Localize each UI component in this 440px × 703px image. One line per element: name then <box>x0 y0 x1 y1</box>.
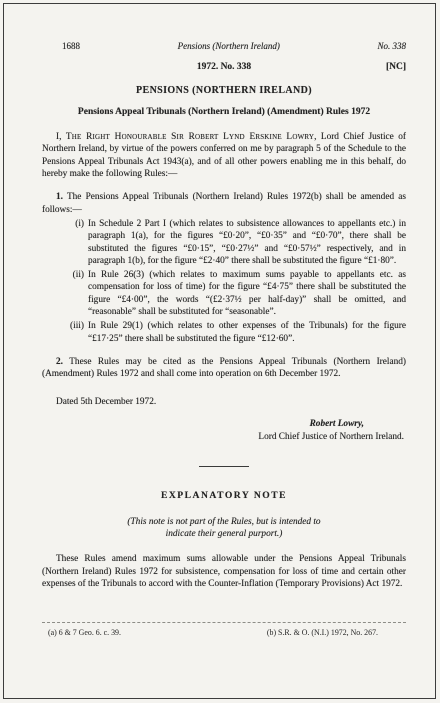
item-marker-iii: (iii) <box>56 320 84 332</box>
footnotes: (a) 6 & 7 Geo. 6. c. 39. (b) S.R. & O. (… <box>42 622 406 637</box>
running-issue-number: No. 338 <box>377 40 406 52</box>
rule-1-number: 1. <box>56 192 63 202</box>
signature-name: Robert Lowry, <box>42 418 364 430</box>
explanatory-note-subtitle-line1: (This note is not part of the Rules, but… <box>42 516 406 528</box>
section-divider-rule <box>199 466 249 467</box>
signature-title: Lord Chief Justice of Northern Ireland. <box>42 431 404 443</box>
enacting-lead: I, <box>56 132 66 142</box>
running-header: 1688 Pensions (Northern Ireland) No. 338 <box>42 40 406 52</box>
signature-block: Robert Lowry, Lord Chief Justice of Nort… <box>42 418 406 444</box>
amendment-item-iii: (iii) In Rule 29(1) (which relates to ot… <box>42 320 406 345</box>
item-text-ii: In Rule 26(3) (which relates to maximum … <box>88 270 406 317</box>
item-marker-i: (i) <box>56 218 84 230</box>
rule-1-paragraph: 1. The Pensions Appeal Tribunals (Northe… <box>42 191 406 216</box>
rule-1-text: The Pensions Appeal Tribunals (Northern … <box>42 192 406 214</box>
series-title: PENSIONS (NORTHERN IRELAND) <box>42 85 406 97</box>
explanatory-note-text: These Rules amend maximum sums allowable… <box>42 553 406 590</box>
issue-line: 1972. No. 338 [NC] <box>42 61 406 73</box>
signatory-name-smallcaps: The Right Honourable Sir Robert Lynd Ers… <box>66 132 314 142</box>
item-text-i: In Schedule 2 Part I (which relates to s… <box>88 219 406 266</box>
item-marker-ii: (ii) <box>56 269 84 281</box>
amendment-item-ii: (ii) In Rule 26(3) (which relates to max… <box>42 269 406 318</box>
running-title: Pensions (Northern Ireland) <box>80 40 377 52</box>
explanatory-note-heading: EXPLANATORY NOTE <box>42 490 406 502</box>
document-page: 1688 Pensions (Northern Ireland) No. 338… <box>0 0 440 703</box>
year-and-number: 1972. No. 338 <box>197 62 251 72</box>
nc-tag: [NC] <box>386 61 406 73</box>
rule-2-text: These Rules may be cited as the Pensions… <box>42 357 406 379</box>
footnote-b: (b) S.R. & O. (N.I.) 1972, No. 267. <box>267 628 378 637</box>
document-content: 1688 Pensions (Northern Ireland) No. 338… <box>0 0 440 703</box>
amendment-item-i: (i) In Schedule 2 Part I (which relates … <box>42 218 406 267</box>
document-title: Pensions Appeal Tribunals (Northern Irel… <box>42 106 406 118</box>
item-text-iii: In Rule 29(1) (which relates to other ex… <box>88 321 406 343</box>
rule-2-paragraph: 2. These Rules may be cited as the Pensi… <box>42 356 406 381</box>
explanatory-note-subtitle: (This note is not part of the Rules, but… <box>42 516 406 541</box>
rule-2-number: 2. <box>56 357 63 367</box>
footnote-a: (a) 6 & 7 Geo. 6. c. 39. <box>48 628 121 637</box>
dated-line: Dated 5th December 1972. <box>42 396 406 408</box>
enacting-paragraph: I, The Right Honourable Sir Robert Lynd … <box>42 131 406 180</box>
explanatory-note-subtitle-line2: indicate their general purport.) <box>42 528 406 540</box>
page-number: 1688 <box>62 40 80 52</box>
